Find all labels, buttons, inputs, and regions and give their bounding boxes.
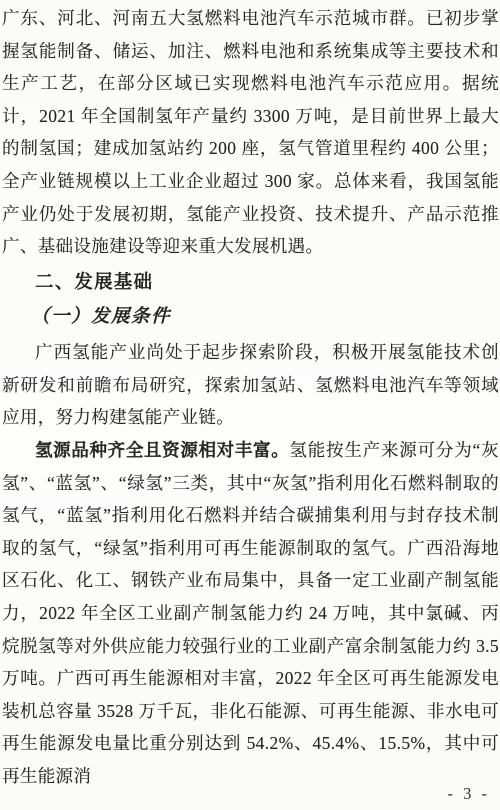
paragraph-hydrogen-sources: 氢源品种齐全且资源相对丰富。氢能按生产来源可分为“灰氢”、“蓝氢”、“绿氢”三类… (2, 434, 499, 793)
document-page: 广东、河北、河南五大氢燃料电池汽车示范城市群。已初步掌握氢能制备、储运、加注、燃… (0, 0, 500, 810)
page-number: - 3 - (448, 784, 491, 804)
paragraph-guangxi-status: 广西氢能产业尚处于起步探索阶段，积极开展氢能技术创新研发和前瞻布局研究，探索加氢… (2, 336, 499, 434)
subsection-heading-development-conditions: （一）发展条件 (2, 300, 499, 334)
section-heading-development-basis: 二、发展基础 (2, 265, 499, 299)
paragraph-national-overview: 广东、河北、河南五大氢燃料电池汽车示范城市群。已初步掌握氢能制备、储运、加注、燃… (2, 2, 499, 263)
paragraph-bold-lead: 氢源品种齐全且资源相对丰富。 (35, 440, 289, 460)
paragraph-body-rest: 氢能按生产来源可分为“灰氢”、“蓝氢”、“绿氢”三类，其中“灰氢”指利用化石燃料… (2, 440, 499, 786)
